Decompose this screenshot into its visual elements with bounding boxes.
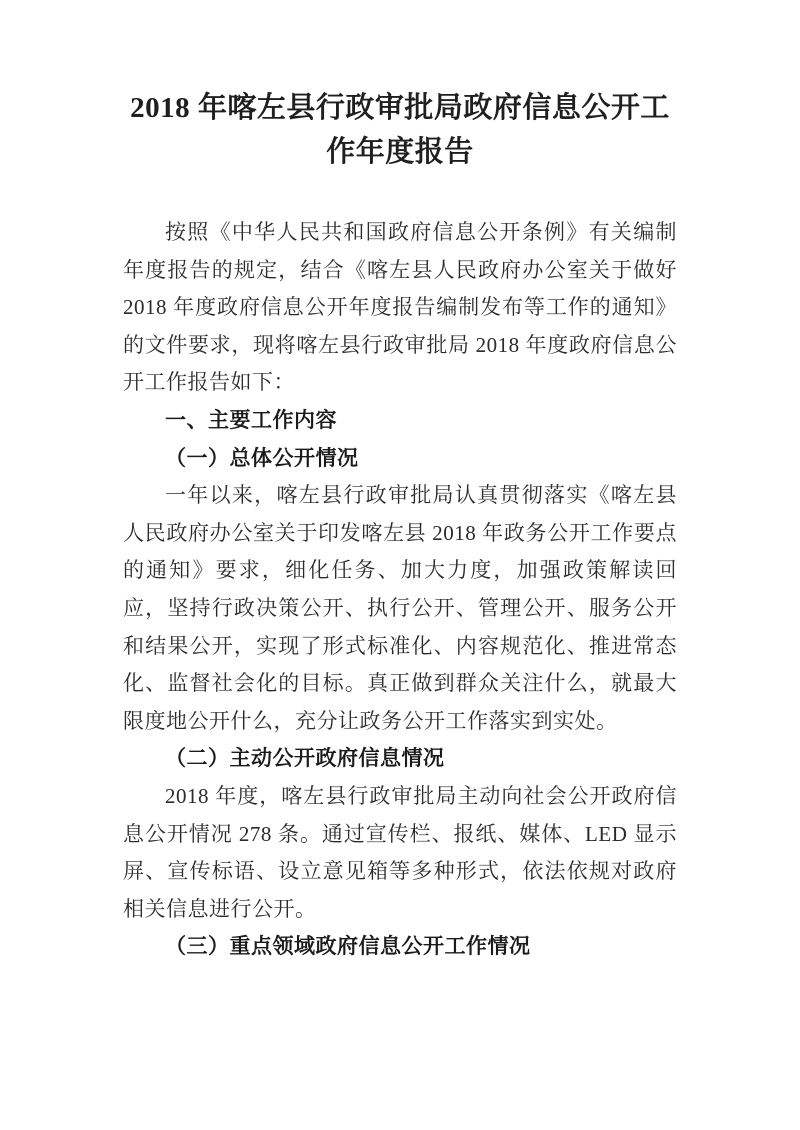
document-content: 2018 年喀左县行政审批局政府信息公开工作年度报告 按照《中华人民共和国政府信… — [123, 86, 677, 966]
section-heading-key-areas: （三）重点领域政府信息公开工作情况 — [123, 928, 677, 966]
section-heading-main-work: 一、主要工作内容 — [123, 402, 677, 440]
section-heading-overall-disclosure: （一）总体公开情况 — [123, 440, 677, 478]
proactive-disclosure-paragraph: 2018 年度，喀左县行政审批局主动向社会公开政府信息公开情况 278 条。通过… — [123, 778, 677, 928]
document-title: 2018 年喀左县行政审批局政府信息公开工作年度报告 — [123, 86, 677, 174]
overall-disclosure-paragraph: 一年以来，喀左县行政审批局认真贯彻落实《喀左县人民政府办公室关于印发喀左县 20… — [123, 477, 677, 740]
document-page: 2018 年喀左县行政审批局政府信息公开工作年度报告 按照《中华人民共和国政府信… — [0, 0, 800, 1130]
intro-paragraph: 按照《中华人民共和国政府信息公开条例》有关编制年度报告的规定，结合《喀左县人民政… — [123, 214, 677, 402]
section-heading-proactive-disclosure: （二）主动公开政府信息情况 — [123, 740, 677, 778]
